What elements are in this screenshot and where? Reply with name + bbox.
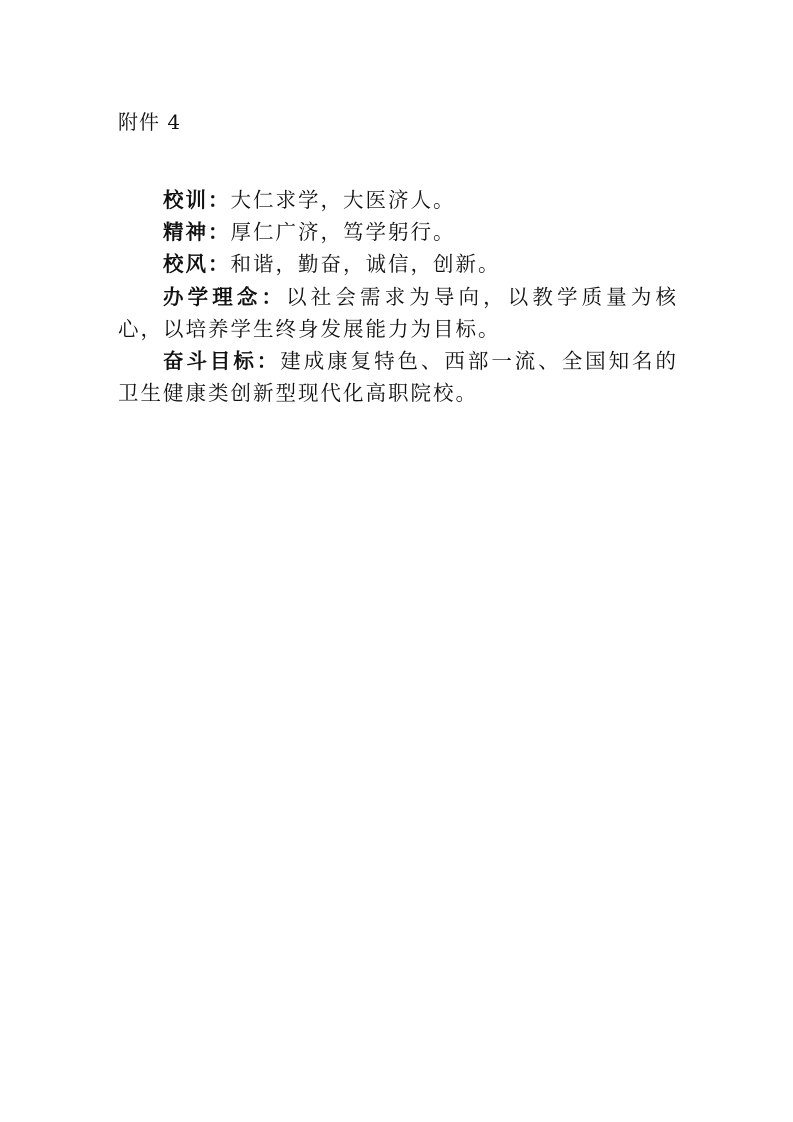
paragraph-label: 奋斗目标： bbox=[163, 349, 280, 373]
paragraph-school-ethos: 校风：和谐，勤奋，诚信，创新。 bbox=[118, 248, 678, 280]
paragraph-text: 大仁求学，大医济人。 bbox=[231, 188, 456, 212]
document-body: 校训：大仁求学，大医济人。 精神：厚仁广济，笃学躬行。 校风：和谐，勤奋，诚信，… bbox=[118, 184, 678, 409]
paragraph-motto: 校训：大仁求学，大医济人。 bbox=[118, 184, 678, 216]
paragraph-philosophy: 办学理念：以社会需求为导向，以教学质量为核心，以培养学生终身发展能力为目标。 bbox=[118, 281, 678, 345]
paragraph-text: 厚仁广济，笃学躬行。 bbox=[231, 220, 456, 244]
paragraph-label: 校训： bbox=[163, 188, 231, 212]
attachment-label: 附件 4 bbox=[118, 106, 181, 135]
paragraph-label: 办学理念： bbox=[163, 285, 286, 309]
paragraph-text: 和谐，勤奋，诚信，创新。 bbox=[231, 252, 501, 276]
paragraph-spirit: 精神：厚仁广济，笃学躬行。 bbox=[118, 216, 678, 248]
paragraph-label: 校风： bbox=[163, 252, 231, 276]
paragraph-label: 精神： bbox=[163, 220, 231, 244]
paragraph-goal: 奋斗目标：建成康复特色、西部一流、全国知名的卫生健康类创新型现代化高职院校。 bbox=[118, 345, 678, 409]
